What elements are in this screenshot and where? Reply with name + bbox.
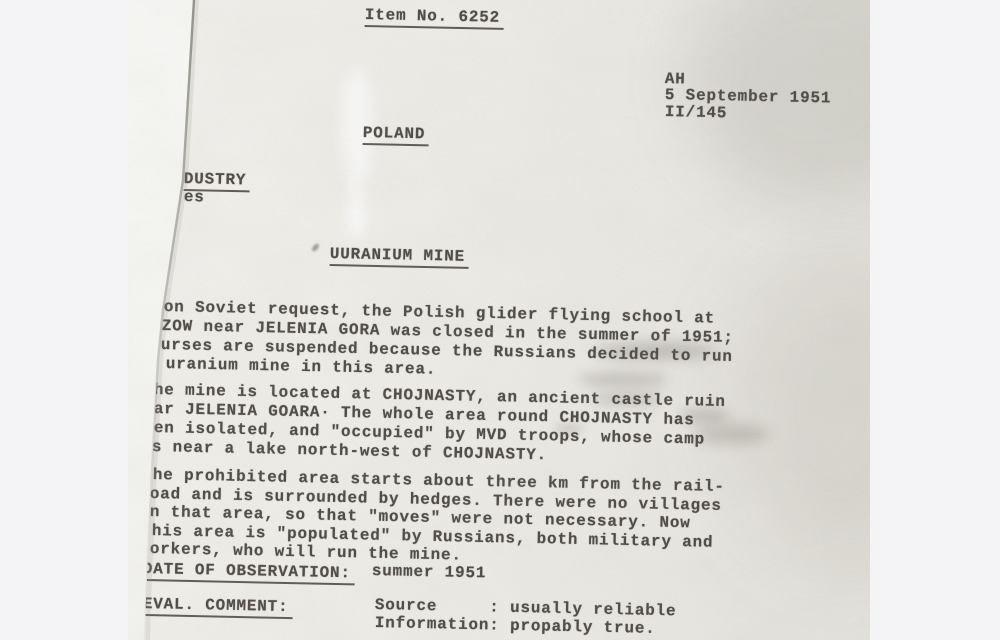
white-streak-artifact: [348, 180, 364, 240]
scan-area: Item No. 6252 AH 5 September 1951 II/145…: [128, 0, 870, 640]
eval-comment-label: EVAL. COMMENT:: [143, 596, 293, 619]
subject-heading: UURANIUM MINE: [330, 246, 470, 269]
country-heading: POLAND: [363, 125, 430, 146]
observation-label: DATE OF OBSERVATION:: [143, 561, 355, 585]
stain-right-side: [728, 260, 870, 560]
para1-line4: uranium mine in this area.: [166, 356, 437, 379]
item-number: Item No. 6252: [365, 7, 505, 30]
pen-speck: [311, 242, 321, 252]
observation-value: summer 1951: [372, 563, 487, 582]
document-paper: Item No. 6252 AH 5 September 1951 II/145…: [128, 0, 870, 640]
eval-information-line: Information: propably true.: [375, 615, 656, 638]
reference-number: II/145: [665, 104, 728, 122]
margin-fragment-mines: es: [184, 189, 205, 206]
ink-smudge: [578, 373, 668, 386]
scanned-intelligence-document: Item No. 6252 AH 5 September 1951 II/145…: [0, 0, 1000, 640]
